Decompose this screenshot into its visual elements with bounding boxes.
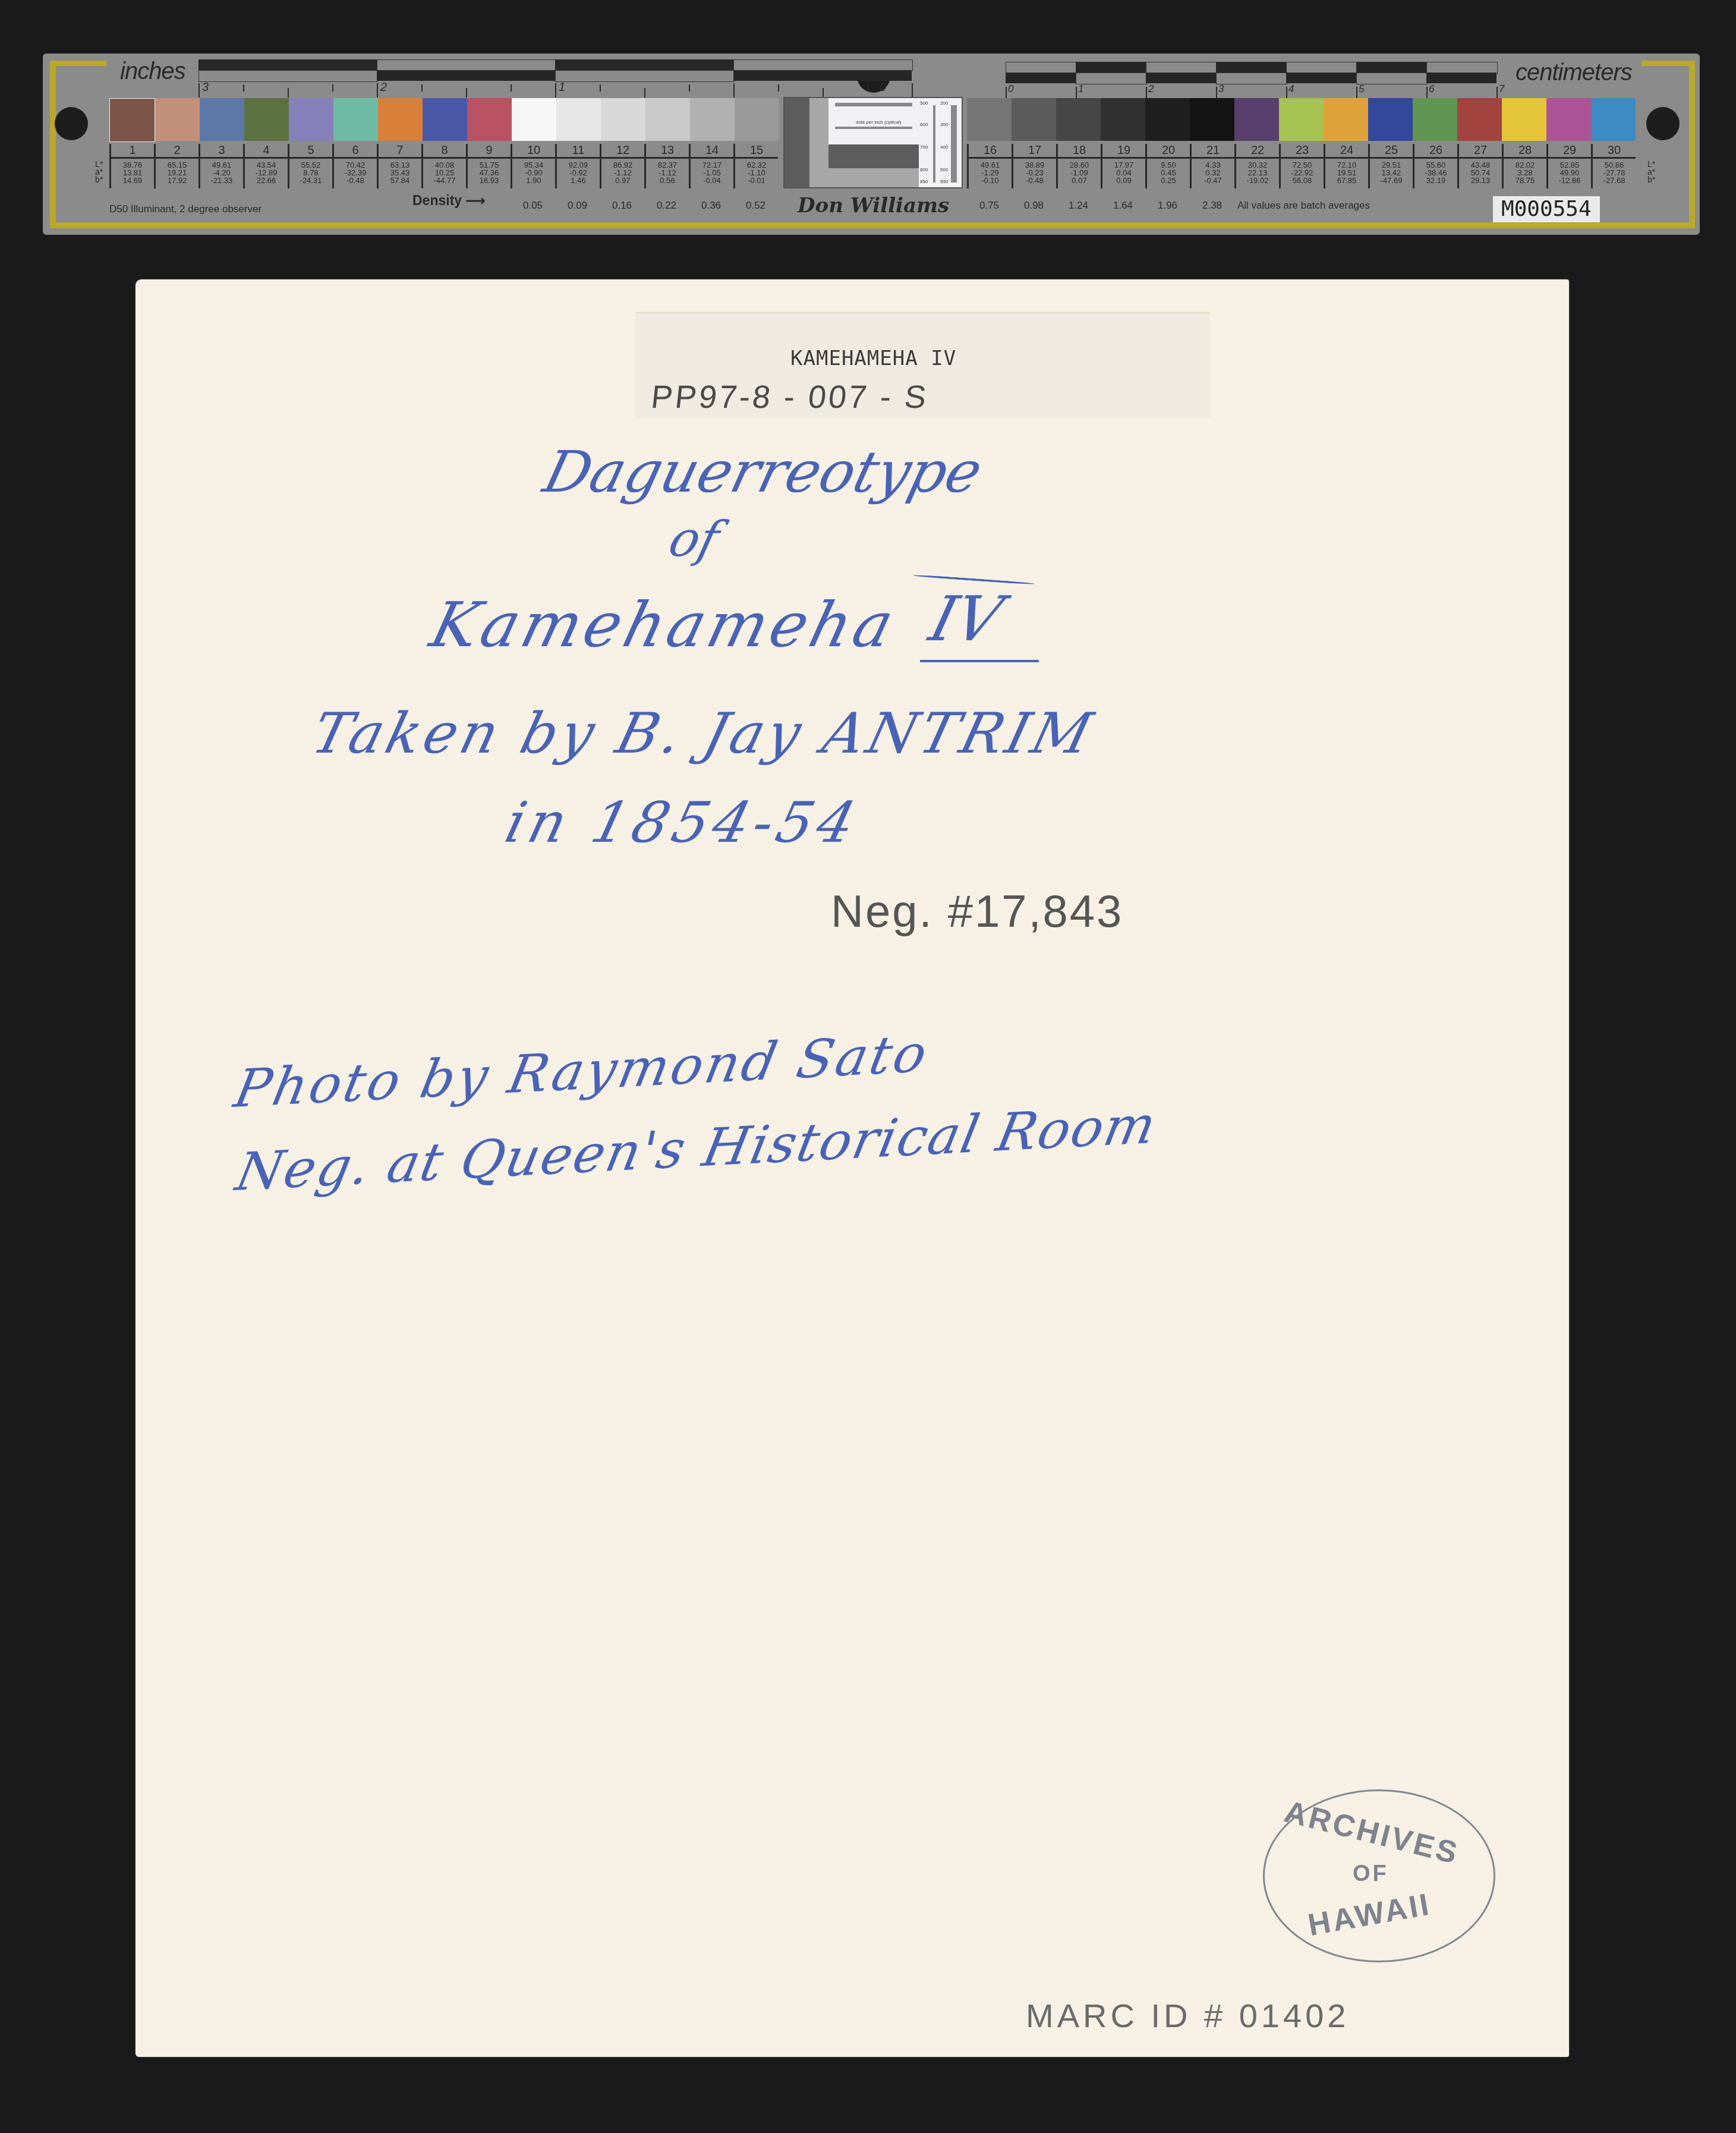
patch-25 bbox=[1368, 98, 1413, 141]
lab-column-21: 214.330.32-0.47 bbox=[1190, 144, 1234, 188]
accession-number: PP97-8 - 007 - S bbox=[650, 379, 931, 416]
lab-column-30: 3050.86-27.78-27.68 bbox=[1591, 144, 1636, 188]
photo-back-document: KAMEHAMEHA IV PP97-8 - 007 - S Daguerreo… bbox=[136, 279, 1569, 2057]
resolution-caption: dots per inch (optical) bbox=[856, 119, 901, 125]
patch-8 bbox=[423, 98, 467, 141]
lab-column-8: 840.0810.25-44.77 bbox=[421, 144, 466, 188]
patch-4 bbox=[244, 98, 289, 141]
density-value: 0.98 bbox=[1012, 200, 1056, 212]
patch-9 bbox=[467, 98, 512, 141]
handwriting-numeral: IV bbox=[923, 583, 1010, 655]
lab-column-12: 1286.92-1.120.97 bbox=[600, 144, 644, 188]
lab-column-26: 2655.60-38.4632.19 bbox=[1413, 144, 1457, 188]
lab-column-23: 2372.50-22.9256.08 bbox=[1279, 144, 1324, 188]
illuminant-note: D50 Illuminant, 2 degree observer bbox=[109, 203, 261, 215]
density-value: 1.64 bbox=[1101, 200, 1145, 212]
density-label: Density ⟶ bbox=[412, 193, 485, 209]
archives-of-hawaii-stamp: ARCHIVES OF HAWAII bbox=[1263, 1789, 1495, 1962]
lab-values-right: 1649.61-1.29-0.101738.89-0.23-0.481828.6… bbox=[967, 144, 1636, 188]
lab-column-15: 1562.32-1.10-0.01 bbox=[733, 144, 778, 188]
lab-column-5: 555.528.78-24.31 bbox=[288, 144, 332, 188]
lab-column-2: 265.1519.2117.92 bbox=[154, 144, 199, 188]
handwriting-taken-by: Taken by B. Jay ANTRIM bbox=[305, 701, 1101, 766]
marc-id: MARC ID # 01402 bbox=[1026, 1996, 1349, 2035]
brand-logo: Don Williams bbox=[798, 194, 949, 218]
frame-bracket bbox=[50, 61, 56, 228]
patch-28 bbox=[1502, 98, 1546, 141]
patch-11 bbox=[556, 98, 601, 141]
card-id-label: M000554 bbox=[1493, 196, 1600, 222]
lab-column-25: 2529.5113.42-47.69 bbox=[1368, 144, 1413, 188]
lab-column-4: 443.54-12.8922.66 bbox=[243, 144, 288, 188]
patch-24 bbox=[1324, 98, 1368, 141]
patch-23 bbox=[1279, 98, 1324, 141]
density-value: 0.75 bbox=[967, 200, 1012, 212]
lab-column-9: 951.7547.3616.93 bbox=[466, 144, 511, 188]
typed-title: KAMEHAMEHA IV bbox=[790, 347, 956, 370]
lab-column-24: 2472.1019.5167.85 bbox=[1324, 144, 1368, 188]
numeral-underline bbox=[920, 660, 1039, 662]
patch-21 bbox=[1190, 98, 1234, 141]
density-value: 0.05 bbox=[511, 200, 555, 212]
lab-column-3: 349.61-4.20-21.33 bbox=[199, 144, 243, 188]
density-value: 0.09 bbox=[555, 200, 600, 212]
inch-ruler: 3 2 1 0 bbox=[199, 82, 912, 97]
lab-column-18: 1828.60-1.090.07 bbox=[1056, 144, 1101, 188]
patch-17 bbox=[1012, 98, 1056, 141]
lab-axis-left: L* a* b* bbox=[95, 161, 103, 184]
patch-19 bbox=[1101, 98, 1145, 141]
patch-15 bbox=[735, 98, 779, 141]
patch-2 bbox=[155, 98, 200, 141]
patch-16 bbox=[967, 98, 1012, 141]
patch-30 bbox=[1591, 98, 1636, 141]
lab-column-10: 1095.34-0.901.90 bbox=[511, 144, 555, 188]
patch-13 bbox=[645, 98, 690, 141]
lab-column-20: 209.500.450.25 bbox=[1145, 144, 1190, 188]
color-patches-left bbox=[109, 98, 779, 141]
color-patches-right bbox=[967, 98, 1636, 141]
patch-29 bbox=[1546, 98, 1591, 141]
density-value: 0.36 bbox=[689, 200, 733, 212]
lab-column-28: 2882.023.2878.75 bbox=[1502, 144, 1546, 188]
frame-bracket bbox=[1642, 61, 1695, 66]
patch-27 bbox=[1457, 98, 1502, 141]
density-values-left: 0.050.090.160.220.360.52 bbox=[511, 200, 778, 212]
patch-5 bbox=[289, 98, 333, 141]
frame-bracket bbox=[1689, 61, 1695, 228]
patch-14 bbox=[690, 98, 735, 141]
lab-values-left: 138.7613.8114.69265.1519.2117.92349.61-4… bbox=[109, 144, 778, 188]
patch-20 bbox=[1145, 98, 1190, 141]
lab-column-13: 1382.37-1.120.56 bbox=[644, 144, 689, 188]
resolution-target: dots per inch (optical) 500 600 700 800 … bbox=[783, 97, 963, 188]
patch-6 bbox=[333, 98, 378, 141]
lab-column-1: 138.7613.8114.69 bbox=[109, 144, 154, 188]
density-value: 0.52 bbox=[733, 200, 778, 212]
frame-bracket bbox=[50, 222, 1690, 228]
lab-column-6: 670.42-32.39-0.48 bbox=[332, 144, 377, 188]
lab-column-16: 1649.61-1.29-0.10 bbox=[967, 144, 1012, 188]
density-value: 1.96 bbox=[1145, 200, 1190, 212]
patch-18 bbox=[1056, 98, 1101, 141]
frame-bracket bbox=[50, 61, 106, 66]
mount-hole-right bbox=[1646, 107, 1680, 140]
lab-column-14: 1472.17-1.05-0.04 bbox=[689, 144, 733, 188]
patch-10 bbox=[512, 98, 556, 141]
patch-7 bbox=[378, 98, 423, 141]
handwriting-kamehameha: Kamehameha bbox=[424, 589, 904, 661]
negative-number: Neg. #17,843 bbox=[831, 886, 1123, 937]
lab-axis-right: L* a* b* bbox=[1647, 161, 1655, 184]
lab-column-22: 2230.3222.13-19.02 bbox=[1234, 144, 1279, 188]
inches-label: inches bbox=[120, 58, 185, 85]
patch-3 bbox=[200, 98, 244, 141]
handwriting-daguerreotype: Daguerreotype bbox=[537, 439, 989, 505]
handwriting-date: in 1854-54 bbox=[499, 791, 866, 855]
lab-column-7: 763.1335.4357.84 bbox=[377, 144, 421, 188]
cm-scalebar bbox=[1006, 62, 1505, 83]
lab-column-27: 2743.4850.7429.13 bbox=[1457, 144, 1502, 188]
color-calibration-card: inches centimeters 3 2 1 0 0 1 2 3 bbox=[43, 54, 1700, 235]
handwriting-photo-credit: Photo by Raymond Sato bbox=[229, 1023, 934, 1119]
lab-column-29: 2952.8549.90-12.86 bbox=[1546, 144, 1591, 188]
handwriting-of: of bbox=[663, 511, 724, 568]
lab-column-17: 1738.89-0.23-0.48 bbox=[1012, 144, 1056, 188]
density-value: 0.22 bbox=[644, 200, 689, 212]
inch-scalebar bbox=[199, 59, 965, 81]
lab-column-19: 1917.970.040.09 bbox=[1101, 144, 1145, 188]
arrow-right-icon: ⟶ bbox=[465, 193, 485, 208]
lab-column-11: 1192.09-0.921.46 bbox=[555, 144, 600, 188]
batch-note: All values are batch averages bbox=[1237, 200, 1370, 212]
patch-1 bbox=[109, 98, 155, 142]
density-value: 0.16 bbox=[600, 200, 644, 212]
density-values-right: 0.750.981.241.641.962.38 bbox=[967, 200, 1234, 212]
patch-26 bbox=[1413, 98, 1457, 141]
patch-12 bbox=[601, 98, 645, 141]
density-value: 2.38 bbox=[1190, 200, 1234, 212]
density-value: 1.24 bbox=[1056, 200, 1101, 212]
mount-hole-left bbox=[55, 107, 88, 140]
centimeters-label: centimeters bbox=[1516, 59, 1632, 86]
typed-label: KAMEHAMEHA IV PP97-8 - 007 - S bbox=[636, 312, 1209, 417]
patch-22 bbox=[1234, 98, 1279, 141]
